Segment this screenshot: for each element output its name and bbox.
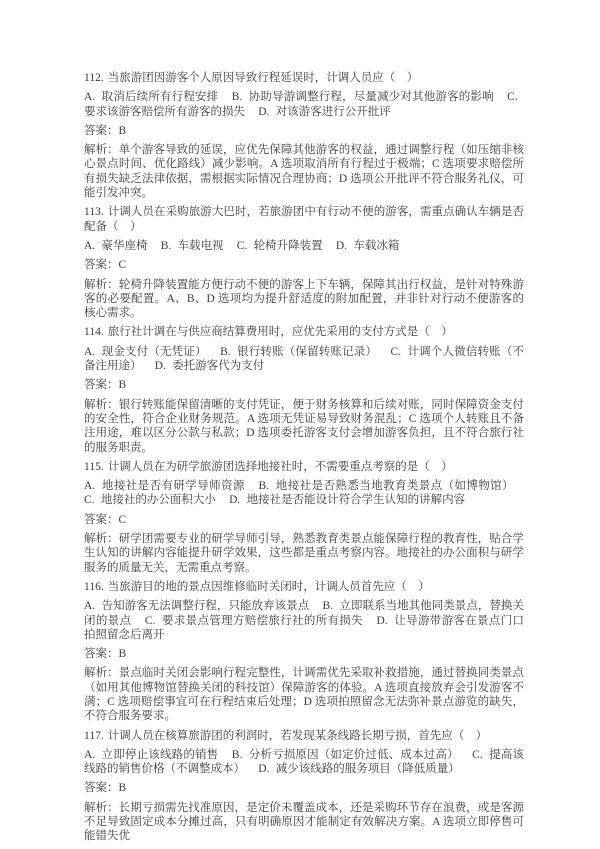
option-item: B.协助导游调整行程，尽量减少对其他游客的影响 — [232, 91, 494, 103]
option-item: A.豪华座椅 — [84, 240, 148, 252]
answer-paragraph: 答案：B — [84, 378, 524, 392]
analysis-text: 轮椅升降装置能方便行动不便的游客上下车辆，保障其出行权益，是针对特殊游客的必要配… — [84, 279, 524, 320]
analysis-paragraph: 解析：景点临时关闭会影响行程完整性，计调需优先采取补救措施，通过替换同类景点（如… — [84, 666, 524, 723]
option-label: A. — [84, 749, 95, 761]
option-label: B. — [220, 346, 231, 358]
question-block: 112.当旅游团因游客个人原因导致行程延误时，计调人员应（ ） A.取消后续所有… — [84, 71, 524, 200]
option-label: A. — [84, 346, 95, 358]
option-text: 减少该线路的服务项目（降低质量） — [276, 763, 460, 775]
analysis-label: 解析： — [84, 533, 119, 545]
answer-label: 答案： — [84, 514, 119, 526]
option-item: A.立即停止该线路的销售 — [84, 749, 218, 761]
answer-value: C — [119, 259, 127, 271]
answer-paragraph: 答案：C — [84, 258, 524, 272]
option-text: 地接社是否有研学导师资源 — [102, 480, 245, 492]
option-item: D.减少该线路的服务项目（降低质量） — [258, 763, 460, 775]
analysis-label: 解析： — [84, 144, 119, 156]
question-number: 114. — [84, 326, 104, 338]
option-label: C. — [507, 91, 518, 103]
answer-paragraph: 答案：B — [84, 124, 524, 138]
option-text: 地接社的办公面积大小 — [101, 494, 216, 506]
analysis-text: 景点临时关闭会影响行程完整性，计调需优先采取补救措施，通过替换同类景点（如用其他… — [84, 667, 524, 722]
question-text: 当旅游团因游客个人原因导致行程延误时，计调人员应（ ） — [108, 72, 419, 84]
option-text: 地接社是否能设计符合学生认知的讲解内容 — [247, 494, 466, 506]
option-item: D.车载冰箱 — [336, 240, 400, 252]
option-label: D. — [229, 494, 240, 506]
options-paragraph: A.现金支付（无凭证） B.银行转账（保留转账记录） C.计调个人微信转账（不备… — [84, 345, 524, 374]
analysis-text: 研学团需要专业的研学导师引导，熟悉教育类景点能保障行程的教育性，贴合学生认知的讲… — [84, 533, 524, 574]
document-page: 112.当旅游团因游客个人原因导致行程延误时，计调人员应（ ） A.取消后续所有… — [0, 0, 600, 849]
option-label: A. — [84, 480, 95, 492]
question-number: 116. — [84, 581, 104, 593]
options-paragraph: A.告知游客无法调整行程，只能放弃该景点 B.立即联系当地其他同类景点，替换关闭… — [84, 599, 524, 642]
question-paragraph: 115.计调人员在为研学旅游团选择地接社时，不需要重点考察的是（ ） — [84, 460, 524, 474]
option-label: C. — [472, 749, 483, 761]
option-text: 车载冰箱 — [353, 240, 399, 252]
option-item: D.委托游客代为支付 — [155, 360, 265, 372]
answer-value: B — [119, 648, 127, 660]
question-number: 117. — [84, 730, 104, 742]
option-text: 地接社是否熟悉当地教育类景点（如博物馆） — [275, 480, 513, 492]
option-text: 要求该游客赔偿所有游客的损失 — [84, 106, 245, 118]
option-text: 要求景点管理方赔偿旅行社的所有损失 — [162, 615, 363, 627]
answer-label: 答案： — [84, 379, 119, 391]
option-text: 立即停止该线路的销售 — [102, 749, 219, 761]
option-label: B. — [259, 480, 270, 492]
option-text: 分析亏损原因（如定价过低、成本过高） — [249, 749, 459, 761]
question-block: 113.计调人员在采购旅游大巴时，若旅游团中有行动不便的游客，需重点确认车辆是否… — [84, 205, 524, 320]
analysis-label: 解析： — [84, 279, 119, 291]
option-label: C. — [237, 240, 248, 252]
option-item: C.要求景点管理方赔偿旅行社的所有损失 — [145, 615, 363, 627]
options-paragraph: A.立即停止该线路的销售 B.分析亏损原因（如定价过低、成本过高） C.提高该线… — [84, 748, 524, 777]
option-label: A. — [84, 91, 95, 103]
answer-paragraph: 答案：B — [84, 781, 524, 795]
analysis-text: 长期亏损需先找准原因，是定价未覆盖成本，还是采购环节存在浪费，或是客源不足导致固… — [84, 802, 524, 843]
question-paragraph: 114.旅行社计调在与供应商结算费用时，应优先采用的支付方式是（ ） — [84, 325, 524, 339]
option-item: C.轮椅升降装置 — [237, 240, 323, 252]
option-label: B. — [323, 600, 334, 612]
option-label: C. — [390, 346, 401, 358]
question-text: 旅行社计调在与供应商结算费用时，应优先采用的支付方式是（ ） — [108, 326, 453, 338]
options-paragraph: A.地接社是否有研学导师资源 B.地接社是否熟悉当地教育类景点（如博物馆） C.… — [84, 479, 524, 508]
answer-paragraph: 答案：C — [84, 513, 524, 527]
answer-value: C — [119, 514, 127, 526]
question-number: 113. — [84, 206, 104, 218]
options-paragraph: A.豪华座椅 B.车载电视 C.轮椅升降装置 D.车载冰箱 — [84, 239, 524, 253]
option-text: 协助导游调整行程，尽量减少对其他游客的影响 — [249, 91, 494, 103]
option-text: 现金支付（无凭证） — [102, 346, 207, 358]
option-label: C. — [84, 494, 95, 506]
option-label: D. — [155, 360, 166, 372]
question-block: 114.旅行社计调在与供应商结算费用时，应优先采用的支付方式是（ ） A.现金支… — [84, 325, 524, 454]
question-text: 当旅游目的地的景点因维修临时关闭时，计调人员首先应（ ） — [108, 581, 430, 593]
answer-value: B — [119, 379, 127, 391]
answer-label: 答案： — [84, 125, 119, 137]
option-label: C. — [145, 615, 156, 627]
option-label: D. — [377, 615, 388, 627]
option-item: D.对该游客进行公开批评 — [258, 106, 391, 118]
question-paragraph: 113.计调人员在采购旅游大巴时，若旅游团中有行动不便的游客，需重点确认车辆是否… — [84, 205, 524, 234]
question-text: 计调人员在为研学旅游团选择地接社时，不需要重点考察的是（ ） — [108, 461, 453, 473]
question-number: 112. — [84, 72, 104, 84]
answer-value: B — [119, 782, 127, 794]
analysis-paragraph: 解析：研学团需要专业的研学导师引导，熟悉教育类景点能保障行程的教育性，贴合学生认… — [84, 532, 524, 575]
option-label: A. — [84, 240, 95, 252]
option-text: 轮椅升降装置 — [254, 240, 323, 252]
option-text: 委托游客代为支付 — [172, 360, 264, 372]
option-text: 银行转账（保留转账记录） — [237, 346, 377, 358]
answer-label: 答案： — [84, 782, 119, 794]
option-label: B. — [161, 240, 172, 252]
option-text: 对该游客进行公开批评 — [276, 106, 391, 118]
question-block: 115.计调人员在为研学旅游团选择地接社时，不需要重点考察的是（ ） A.地接社… — [84, 460, 524, 575]
option-item: A.地接社是否有研学导师资源 — [84, 480, 245, 492]
answer-label: 答案： — [84, 259, 119, 271]
option-item: C.地接社的办公面积大小 — [84, 494, 216, 506]
option-label: D. — [258, 763, 269, 775]
question-paragraph: 116.当旅游目的地的景点因维修临时关闭时，计调人员首先应（ ） — [84, 580, 524, 594]
option-label: A. — [84, 600, 95, 612]
option-label: D. — [336, 240, 347, 252]
option-item: B.车载电视 — [161, 240, 224, 252]
answer-label: 答案： — [84, 648, 119, 660]
option-text: 车载电视 — [178, 240, 224, 252]
question-number: 115. — [84, 461, 104, 473]
analysis-label: 解析： — [84, 802, 119, 814]
analysis-paragraph: 解析：银行转账能保留清晰的支付凭证，便于财务核算和后续对账，同时保障资金支付的安… — [84, 398, 524, 455]
question-paragraph: 112.当旅游团因游客个人原因导致行程延误时，计调人员应（ ） — [84, 71, 524, 85]
analysis-paragraph: 解析：轮椅升降装置能方便行动不便的游客上下车辆，保障其出行权益，是针对特殊游客的… — [84, 278, 524, 321]
option-item: A.现金支付（无凭证） — [84, 346, 207, 358]
option-item: A.告知游客无法调整行程，只能放弃该景点 — [84, 600, 309, 612]
option-item: D.地接社是否能设计符合学生认知的讲解内容 — [229, 494, 465, 506]
option-label: B. — [232, 749, 243, 761]
question-text: 计调人员在采购旅游大巴时，若旅游团中有行动不便的游客，需重点确认车辆是否配备（ … — [84, 206, 524, 232]
option-item: B.银行转账（保留转账记录） — [220, 346, 377, 358]
question-block: 117.计调人员在核算旅游团的利润时，若发现某条线路长期亏损，首先应（ ） A.… — [84, 729, 524, 844]
option-text: 取消后续所有行程安排 — [102, 91, 219, 103]
answer-paragraph: 答案：B — [84, 647, 524, 661]
options-paragraph: A.取消后续所有行程安排 B.协助导游调整行程，尽量减少对其他游客的影响 C.要… — [84, 90, 524, 119]
question-text: 计调人员在核算旅游团的利润时，若发现某条线路长期亏损，首先应（ ） — [108, 730, 488, 742]
analysis-text: 单个游客导致的延误，应优先保障其他游客的权益，通过调整行程（如压缩非核心景点时间… — [84, 144, 524, 199]
option-item: A.取消后续所有行程安排 — [84, 91, 218, 103]
option-label: D. — [258, 106, 269, 118]
analysis-paragraph: 解析：长期亏损需先找准原因，是定价未覆盖成本，还是采购环节存在浪费，或是客源不足… — [84, 801, 524, 844]
analysis-paragraph: 解析：单个游客导致的延误，应优先保障其他游客的权益，通过调整行程（如压缩非核心景… — [84, 143, 524, 200]
answer-value: B — [119, 125, 127, 137]
option-item: B.分析亏损原因（如定价过低、成本过高） — [232, 749, 459, 761]
question-list: 112.当旅游团因游客个人原因导致行程延误时，计调人员应（ ） A.取消后续所有… — [84, 71, 524, 849]
question-block: 116.当旅游目的地的景点因维修临时关闭时，计调人员首先应（ ） A.告知游客无… — [84, 580, 524, 724]
analysis-text: 银行转账能保留清晰的支付凭证，便于财务核算和后续对账，同时保障资金支付的安全性，… — [84, 399, 524, 454]
analysis-label: 解析： — [84, 399, 119, 411]
option-text: 豪华座椅 — [102, 240, 148, 252]
question-paragraph: 117.计调人员在核算旅游团的利润时，若发现某条线路长期亏损，首先应（ ） — [84, 729, 524, 743]
option-label: B. — [232, 91, 243, 103]
option-text: 告知游客无法调整行程，只能放弃该景点 — [102, 600, 310, 612]
option-item: B.地接社是否熟悉当地教育类景点（如博物馆） — [259, 480, 514, 492]
analysis-label: 解析： — [84, 667, 119, 679]
